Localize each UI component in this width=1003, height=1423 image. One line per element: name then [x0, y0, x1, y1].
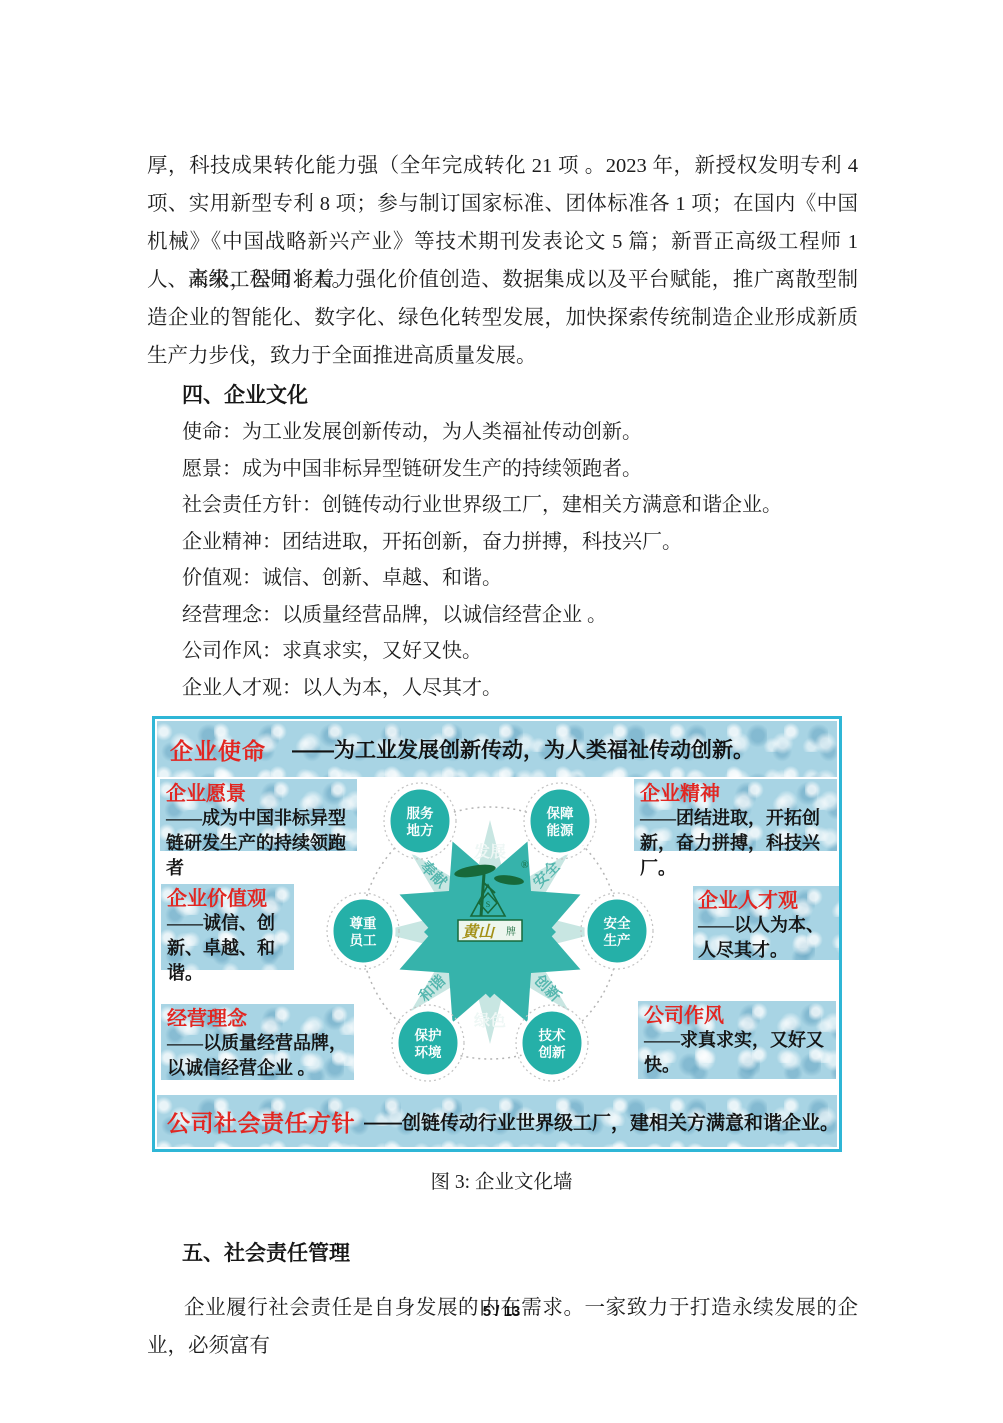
section-heading-csr-management: 五、社会责任管理: [182, 1237, 350, 1267]
svg-text:创新: 创新: [538, 1044, 567, 1060]
svg-text:地方: 地方: [407, 822, 434, 838]
style-label: 公司作风: [644, 1004, 830, 1028]
values-text: ——诚信、创新、卓越、和谐。: [167, 911, 288, 986]
mission-label: 企业使命: [170, 733, 266, 766]
spirit-text: ——团结进取，开拓创新，奋力拼搏，科技兴厂。: [640, 806, 831, 881]
vision-text: ——成为中国非标异型链研发生产的持续领跑者: [166, 806, 351, 881]
registered-trademark-icon: ®: [521, 860, 529, 871]
csr-policy-label: 公司社会责任方针: [167, 1105, 355, 1138]
culture-item-mission: 使命：为工业发展创新传动，为人类福祉传动创新。: [182, 414, 782, 451]
svg-text:保障: 保障: [547, 805, 575, 821]
culture-item-vision: 愿景：成为中国非标异型链研发生产的持续领跑者。: [182, 451, 782, 488]
svg-text:员工: 员工: [350, 933, 377, 948]
spirit-label: 企业精神: [640, 782, 831, 806]
culture-star-diagram: 发展 绿色 奉献 安全 和谐 创新 S ®: [325, 773, 655, 1103]
svg-text:环境: 环境: [415, 1044, 442, 1060]
circle-respect-employees: 尊重 员工: [327, 893, 399, 969]
circle-tech-innovation: 技术 创新: [516, 1005, 588, 1081]
values-box: 企业价值观 ——诚信、创新、卓越、和谐。: [161, 884, 294, 970]
style-box: 公司作风 ——求真求实，又好又快。: [638, 1001, 836, 1079]
culture-item-csr-policy: 社会责任方针：创链传动行业世界级工厂，建相关方满意和谐企业。: [182, 487, 782, 524]
svg-text:尊重: 尊重: [350, 915, 377, 931]
mission-text: ——为工业发展创新传动，为人类福祉传动创新。: [292, 734, 754, 764]
spirit-box: 企业精神 ——团结进取，开拓创新，奋力拼搏，科技兴厂。: [634, 779, 837, 851]
circle-secure-energy: 保障 能源: [524, 783, 596, 859]
page-number: 5 / 13: [0, 1303, 1003, 1320]
circle-serve-local: 服务 地方: [384, 783, 456, 859]
svg-text:生产: 生产: [604, 932, 632, 948]
svg-text:技术: 技术: [538, 1027, 567, 1043]
vision-label: 企业愿景: [166, 782, 351, 806]
figure-culture-wall: 企业使命 ——为工业发展创新传动，为人类福祉传动创新。 企业愿景 ——成为中国非…: [152, 716, 842, 1152]
svg-text:能源: 能源: [547, 822, 575, 838]
figure-caption: 图 3: 企业文化墙: [0, 1166, 1003, 1194]
csr-policy-band: 公司社会责任方针 ——创链传动行业世界级工厂，建相关方满意和谐企业。: [157, 1095, 837, 1147]
talent-text: ——以人为本、人尽其才。: [698, 913, 834, 963]
culture-item-concept: 经营理念：以质量经营品牌，以诚信经营企业 。: [182, 597, 782, 634]
values-label: 企业价值观: [167, 887, 288, 911]
paragraph-future-plan: 未来，公司将着力强化价值创造、数据集成以及平台赋能，推广离散型制造企业的智能化、…: [147, 261, 858, 375]
talent-box: 企业人才观 ——以人为本、人尽其才。: [693, 886, 839, 960]
culture-item-style: 公司作风：求真求实，又好又快。: [182, 633, 782, 670]
star-word-green: 绿色: [474, 1011, 506, 1030]
talent-label: 企业人才观: [698, 889, 834, 913]
circle-safe-production: 安全 生产: [581, 893, 653, 969]
star-word-development: 发展: [473, 842, 506, 861]
brand-box: 黄山 牌: [458, 920, 522, 941]
paragraph-csr-intro: 企业履行社会责任是自身发展的内在需求。一家致力于打造永续发展的企业，必须富有: [147, 1289, 858, 1365]
culture-item-talent: 企业人才观：以人为本，人尽其才。: [182, 670, 782, 707]
culture-item-spirit: 企业精神：团结进取，开拓创新，奋力拼搏，科技兴厂。: [182, 524, 782, 561]
concept-text: ——以质量经营品牌，以诚信经营企业 。: [167, 1031, 348, 1081]
logo-mark-s: S: [486, 900, 490, 909]
concept-label: 经营理念: [167, 1007, 348, 1031]
document-page: 厚，科技成果转化能力强（全年完成转化 21 项 。2023 年，新授权发明专利 …: [0, 0, 1003, 1423]
svg-text:安全: 安全: [604, 915, 632, 931]
csr-policy-text: ——创链传动行业世界级工厂，建相关方满意和谐企业。: [364, 1108, 839, 1135]
mission-band: 企业使命 ——为工业发展创新传动，为人类福祉传动创新。: [157, 721, 837, 777]
svg-text:服务: 服务: [407, 805, 434, 821]
style-text: ——求真求实，又好又快。: [644, 1028, 830, 1078]
culture-item-values: 价值观：诚信、创新、卓越、和谐。: [182, 560, 782, 597]
brand-suffix: 牌: [506, 925, 516, 938]
brand-name: 黄山: [462, 923, 496, 941]
culture-list: 使命：为工业发展创新传动，为人类福祉传动创新。 愿景：成为中国非标异型链研发生产…: [182, 414, 782, 706]
svg-text:保护: 保护: [415, 1027, 442, 1043]
section-heading-corporate-culture: 四、企业文化: [182, 379, 308, 409]
